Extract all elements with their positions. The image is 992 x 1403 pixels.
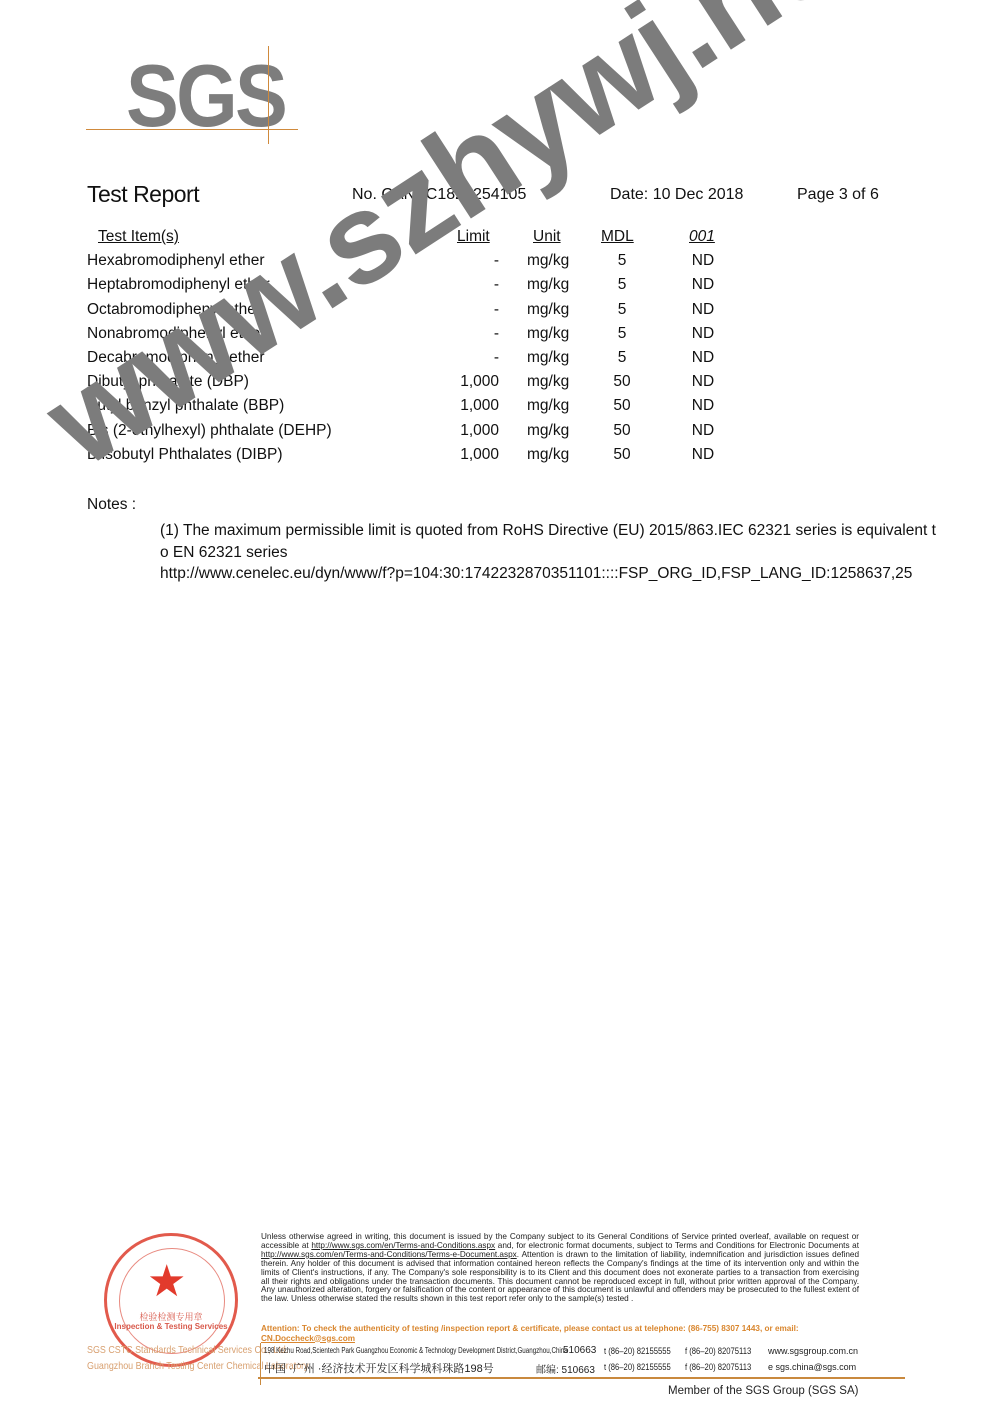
- test-item-name: Nonabromodiphenyl ether: [87, 325, 265, 343]
- report-title: Test Report: [87, 181, 199, 208]
- column-header-limit: Limit: [457, 228, 490, 246]
- mdl-value: 50: [597, 373, 647, 391]
- footer-rule: [258, 1377, 905, 1379]
- notes-label: Notes :: [87, 496, 937, 514]
- postcode-cn: 邮编: 510663: [536, 1361, 595, 1376]
- test-item-name: Decabromodiphenyl ether: [87, 349, 265, 367]
- test-item-name: Octabromodiphenyl ether: [87, 301, 261, 319]
- result-value: ND: [677, 301, 729, 319]
- result-value: ND: [677, 373, 729, 391]
- note-item: (1) The maximum permissible limit is quo…: [160, 520, 937, 563]
- authenticity-notice: Attention: To check the authenticity of …: [261, 1324, 859, 1343]
- test-item-name: Heptabromodiphenyl ether: [87, 276, 270, 294]
- limit-value: -: [427, 349, 499, 367]
- result-value: ND: [677, 349, 729, 367]
- unit-value: mg/kg: [527, 252, 587, 270]
- column-header-test-item: Test Item(s): [98, 228, 179, 246]
- unit-value: mg/kg: [527, 325, 587, 343]
- postcode-en: 510663: [563, 1345, 596, 1356]
- mdl-value: 50: [597, 422, 647, 440]
- e-terms-link[interactable]: http://www.sgs.com/en/Terms-and-Conditio…: [261, 1250, 517, 1259]
- test-item-name: Butyl benzyl phthalate (BBP): [87, 397, 284, 415]
- limit-value: 1,000: [427, 397, 499, 415]
- contact-email[interactable]: e sgs.china@sgs.com: [768, 1362, 856, 1372]
- table-row: Nonabromodiphenyl ether-mg/kg5ND: [87, 323, 787, 347]
- table-row: Diisobutyl Phthalates (DIBP)1,000mg/kg50…: [87, 444, 787, 468]
- address-en: 198 Kezhu Road,Scientech Park Guangzhou …: [264, 1346, 568, 1355]
- table-row: Octabromodiphenyl ether-mg/kg5ND: [87, 299, 787, 323]
- result-value: ND: [677, 252, 729, 270]
- table-row: Heptabromodiphenyl ether-mg/kg5ND: [87, 274, 787, 298]
- unit-value: mg/kg: [527, 422, 587, 440]
- test-item-name: Bis (2-ethylhexyl) phthalate (DEHP): [87, 422, 332, 440]
- page-number: Page 3 of 6: [797, 186, 879, 204]
- mdl-value: 5: [597, 252, 647, 270]
- test-results-table: Test Item(s) Limit Unit MDL 001 Hexabrom…: [87, 226, 787, 468]
- sgs-logo-text: SGS: [126, 52, 285, 140]
- telephone-en: t (86–20) 82155555: [604, 1346, 671, 1356]
- website[interactable]: www.sgsgroup.com.cn: [768, 1346, 858, 1356]
- mdl-value: 5: [597, 349, 647, 367]
- unit-value: mg/kg: [527, 373, 587, 391]
- unit-value: mg/kg: [527, 397, 587, 415]
- mdl-value: 50: [597, 397, 647, 415]
- telephone-cn: t (86–20) 82155555: [604, 1362, 671, 1372]
- note-link[interactable]: http://www.cenelec.eu/dyn/www/f?p=104:30…: [160, 563, 937, 585]
- logo-vertical-rule: [268, 46, 269, 144]
- fax-cn: f (86–20) 82075113: [685, 1362, 751, 1372]
- column-header-mdl: MDL: [601, 228, 634, 246]
- fax-en: f (86–20) 82075113: [685, 1346, 751, 1356]
- lab-company-name: SGS CSTC Standards Technical Services Co…: [87, 1344, 288, 1356]
- limit-value: 1,000: [427, 422, 499, 440]
- table-header-row: Test Item(s) Limit Unit MDL 001: [87, 226, 787, 250]
- mdl-value: 5: [597, 325, 647, 343]
- address-cn: 中国 ·广州 ·经济技术开发区科学城科珠路198号: [264, 1360, 494, 1376]
- legal-disclaimer: Unless otherwise agreed in writing, this…: [261, 1233, 859, 1304]
- result-value: ND: [677, 325, 729, 343]
- sgs-group-membership: Member of the SGS Group (SGS SA): [668, 1385, 858, 1397]
- terms-link[interactable]: http://www.sgs.com/en/Terms-and-Conditio…: [311, 1241, 495, 1250]
- unit-value: mg/kg: [527, 446, 587, 464]
- attention-text: Attention: To check the authenticity of …: [261, 1324, 799, 1333]
- limit-value: -: [427, 301, 499, 319]
- limit-value: -: [427, 325, 499, 343]
- unit-value: mg/kg: [527, 276, 587, 294]
- result-value: ND: [677, 397, 729, 415]
- table-row: Bis (2-ethylhexyl) phthalate (DEHP)1,000…: [87, 420, 787, 444]
- table-row: Dibutyl phthalate (DBP)1,000mg/kg50ND: [87, 371, 787, 395]
- logo-horizontal-rule: [86, 129, 298, 130]
- mdl-value: 5: [597, 276, 647, 294]
- test-item-name: Diisobutyl Phthalates (DIBP): [87, 446, 283, 464]
- table-row: Butyl benzyl phthalate (BBP)1,000mg/kg50…: [87, 395, 787, 419]
- test-item-name: Dibutyl phthalate (DBP): [87, 373, 249, 391]
- limit-value: -: [427, 252, 499, 270]
- stamp-label-en: Inspection & Testing Services: [107, 1322, 235, 1331]
- result-value: ND: [677, 276, 729, 294]
- table-body: Hexabromodiphenyl ether-mg/kg5NDHeptabro…: [87, 250, 787, 468]
- table-row: Decabromodiphenyl ether-mg/kg5ND: [87, 347, 787, 371]
- table-row: Hexabromodiphenyl ether-mg/kg5ND: [87, 250, 787, 274]
- result-value: ND: [677, 422, 729, 440]
- column-header-result: 001: [689, 228, 715, 246]
- sgs-logo: SGS: [86, 46, 298, 146]
- mdl-value: 5: [597, 301, 647, 319]
- report-header: Test Report No. CANEC1824254105 Date: 10…: [0, 181, 992, 209]
- star-icon: ★: [147, 1260, 186, 1304]
- limit-value: 1,000: [427, 373, 499, 391]
- limit-value: 1,000: [427, 446, 499, 464]
- report-date: Date: 10 Dec 2018: [610, 186, 743, 204]
- limit-value: -: [427, 276, 499, 294]
- disclaimer-text: and, for electronic format documents, su…: [495, 1241, 859, 1250]
- result-value: ND: [677, 446, 729, 464]
- unit-value: mg/kg: [527, 349, 587, 367]
- test-item-name: Hexabromodiphenyl ether: [87, 252, 265, 270]
- disclaimer-text: . Attention is drawn to the limitation o…: [261, 1250, 859, 1304]
- unit-value: mg/kg: [527, 301, 587, 319]
- notes-section: Notes : (1) The maximum permissible limi…: [87, 496, 937, 585]
- column-header-unit: Unit: [533, 228, 593, 246]
- report-number: No. CANEC1824254105: [352, 186, 526, 204]
- mdl-value: 50: [597, 446, 647, 464]
- doccheck-email-link[interactable]: CN.Doccheck@sgs.com: [261, 1334, 355, 1343]
